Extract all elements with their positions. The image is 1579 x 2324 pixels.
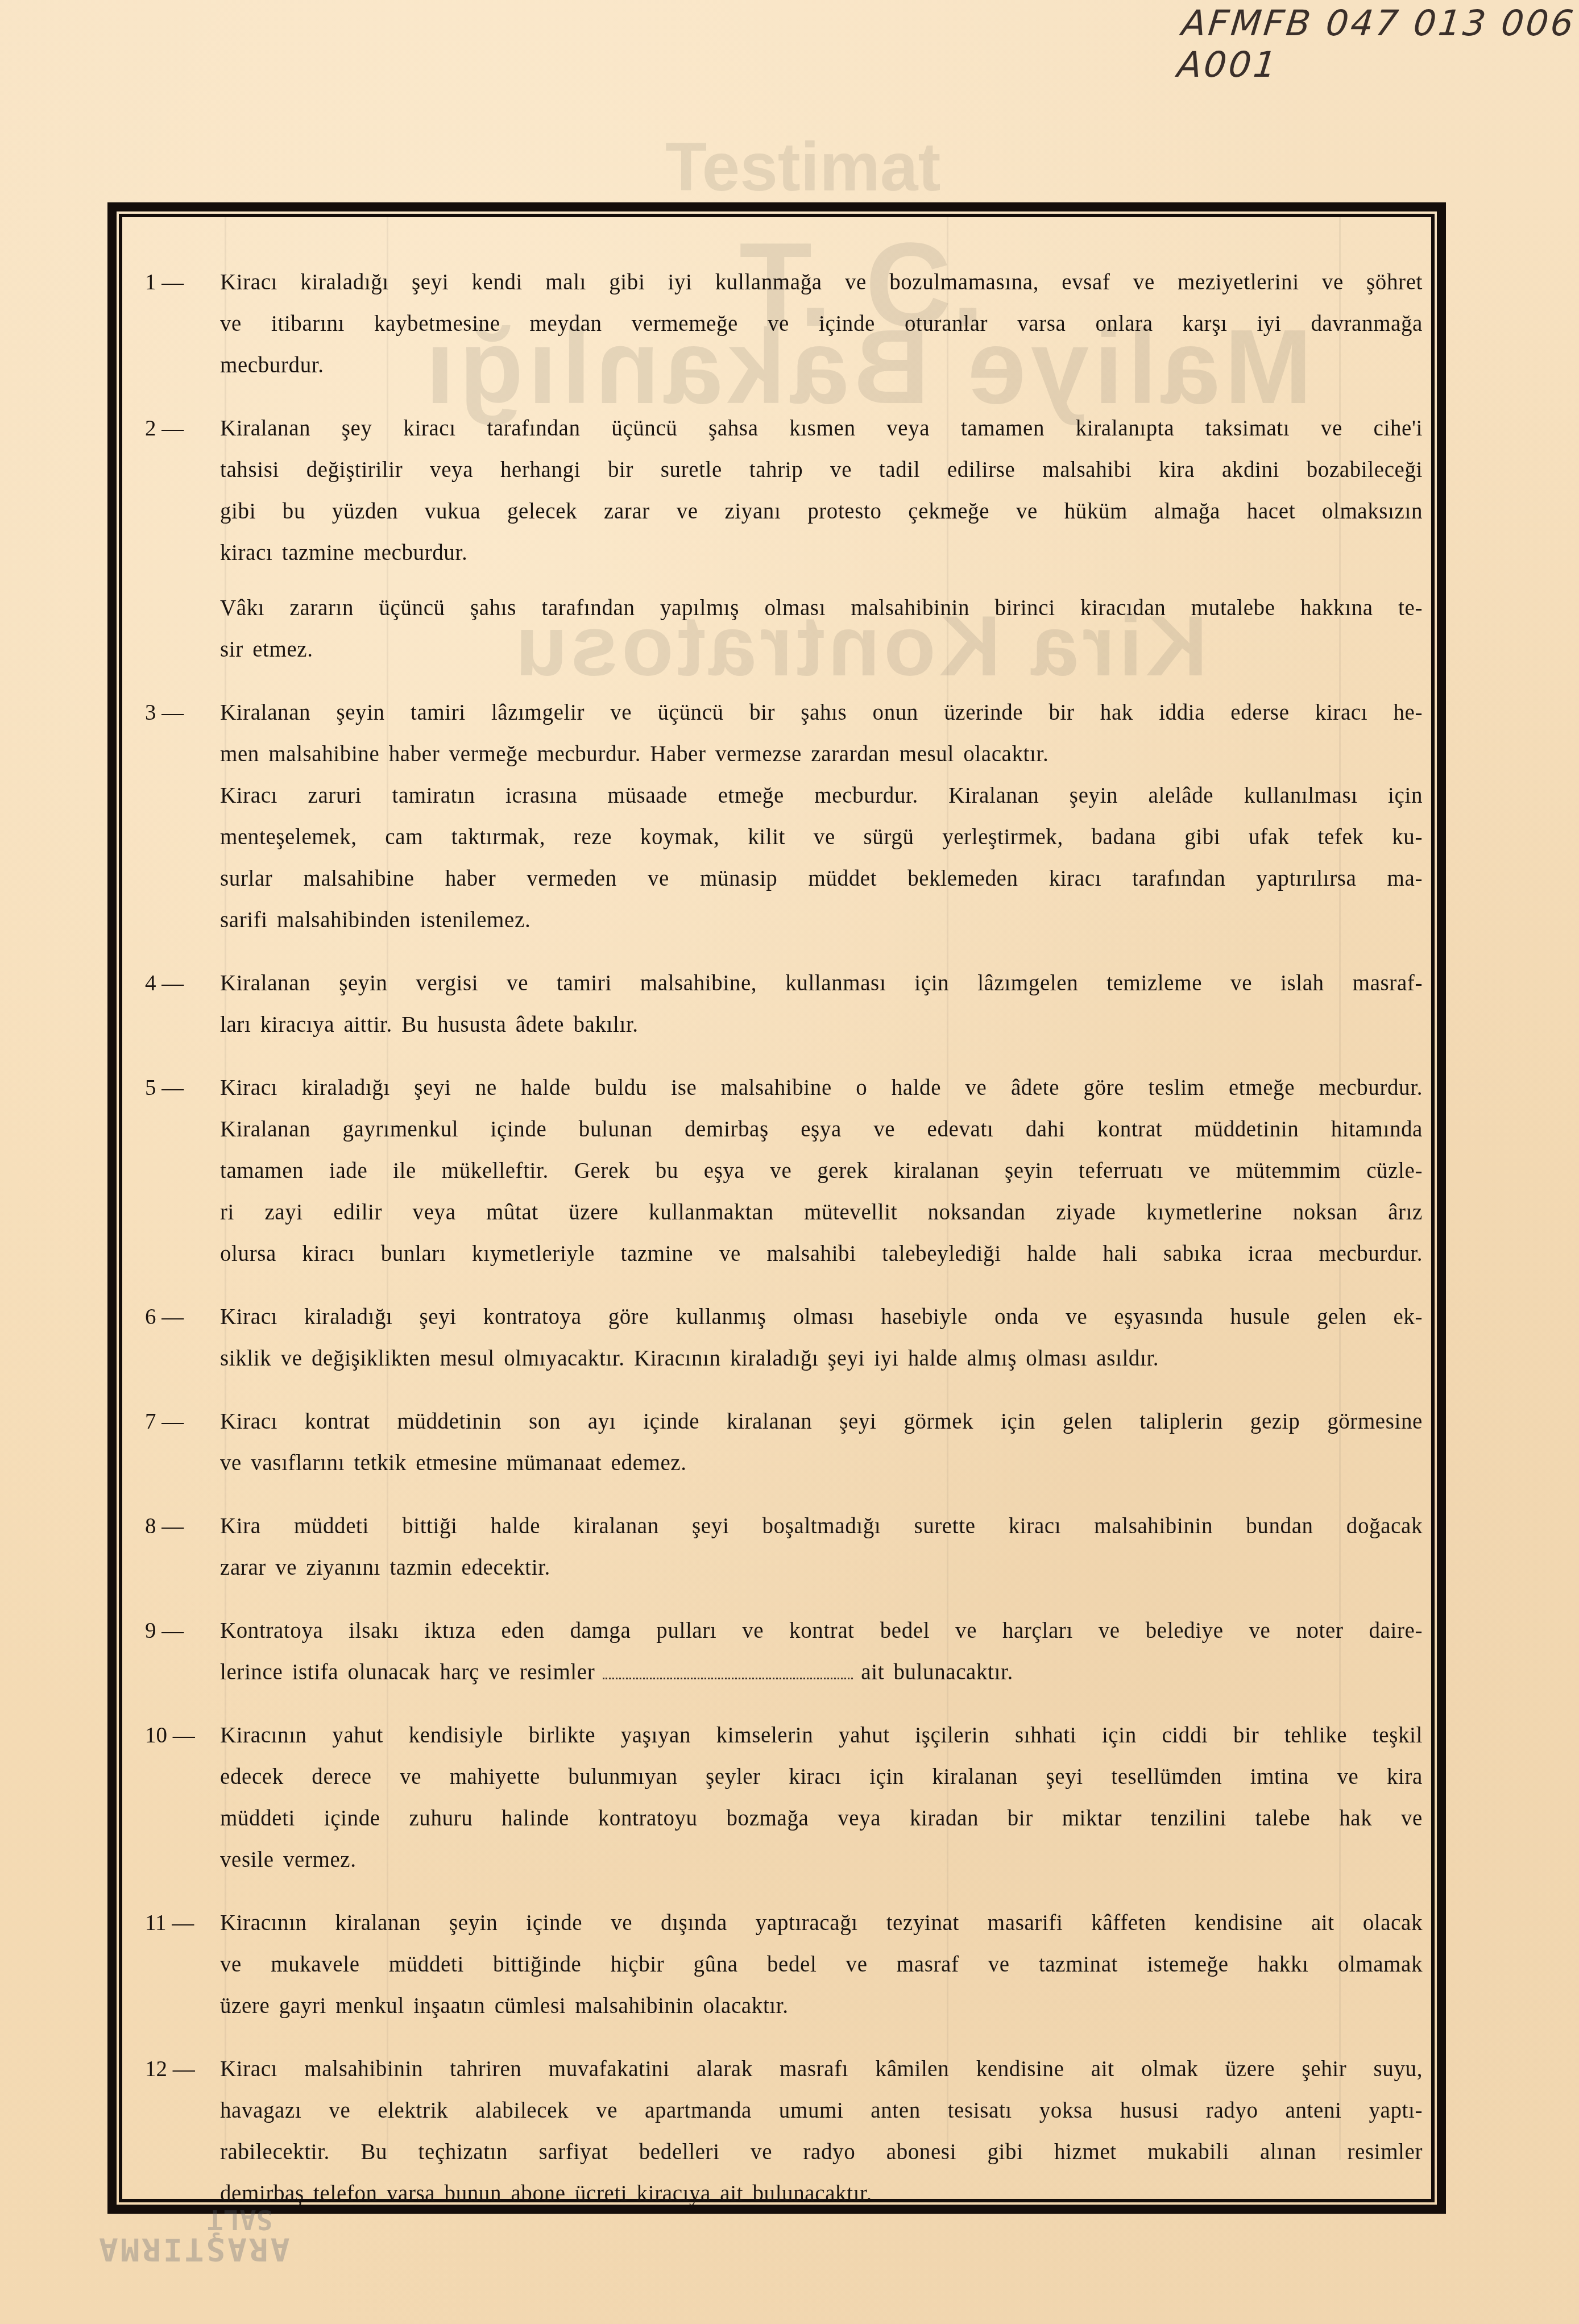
clause-number: 4 —: [145, 962, 219, 1004]
stamp-line-1: SALT: [97, 2206, 272, 2233]
clause-line: olursa kiracı bunları kıymetleriyle tazm…: [220, 1233, 1423, 1275]
clause-line: Kiralanan şey kiracı tarafından üçüncü ş…: [220, 408, 1423, 449]
clause-4: 4 — Kiralanan şeyin vergisi ve tamiri ma…: [145, 962, 1430, 1045]
clause-11: 11 — Kiracının kiralanan şeyin içinde ve…: [145, 1902, 1430, 2027]
clause-number: 8 —: [145, 1505, 219, 1547]
clause-line: ve vasıflarını tetkik etmesine mümanaat …: [220, 1442, 1423, 1484]
clause-number: 1 —: [145, 262, 219, 303]
clause-line: Kiralanan gayrımenkul içinde bulunan dem…: [220, 1109, 1423, 1150]
clause-line: vesile vermez.: [220, 1839, 1423, 1881]
clause-line: Kiracı kiraladığı şeyi kontratoya göre k…: [220, 1296, 1423, 1338]
fill-in-blank[interactable]: [603, 1678, 853, 1679]
clause-line: surlar malsahibine haber vermeden ve mün…: [220, 858, 1423, 899]
clause-line: sarifi malsahibinden istenilemez.: [220, 899, 1423, 941]
clause-number: 5 —: [145, 1067, 219, 1109]
clause-number: 10 —: [145, 1715, 219, 1756]
clause-line: gibi bu yüzden vukua gelecek zarar ve zi…: [220, 491, 1423, 532]
clause-line: üzere gayri menkul inşaatın cümlesi mals…: [220, 1985, 1423, 2027]
clause-line: Kiralanan şeyin tamiri lâzımgelir ve üçü…: [220, 692, 1423, 733]
clause-line: sir etmez.: [220, 629, 1423, 670]
clause-line: ri zayi edilir veya mûtat üzere kullanma…: [220, 1192, 1423, 1233]
clause-line: Kiracı kontrat müddetinin son ayı içinde…: [220, 1401, 1423, 1442]
clause-line: Kiracı zaruri tamiratın icrasına müsaade…: [220, 775, 1423, 816]
clause-line: Kiracı malsahibinin tahriren muvafakatin…: [220, 2048, 1423, 2090]
clause-line: Kiracının kiralanan şeyin içinde ve dışı…: [220, 1902, 1423, 1944]
clause-line: Kiracı kiraladığı şeyi ne halde buldu is…: [220, 1067, 1423, 1109]
blank-line-prefix: lerince istifa olunacak harç ve resimler: [220, 1660, 595, 1684]
archive-stamp: ARAŞTIRMA SALT: [97, 2206, 289, 2273]
clause-line: tahsisi değiştirilir veya herhangi bir s…: [220, 449, 1423, 491]
clause-line: Kiralanan şeyin vergisi ve tamiri malsah…: [220, 962, 1423, 1004]
clause-line: mecburdur.: [220, 345, 1423, 386]
clause-5: 5 — Kiracı kiraladığı şeyi ne halde buld…: [145, 1067, 1430, 1275]
clause-1: 1 — Kiracı kiraladığı şeyi kendi malı gi…: [145, 262, 1430, 386]
clause-9: 9 — Kontratoya ilsakı iktıza eden damga …: [145, 1610, 1430, 1693]
clause-line: rabilecektir. Bu teçhizatın sarfiyat bed…: [220, 2131, 1423, 2173]
clause-line: ve itibarını kaybetmesine meydan vermeme…: [220, 303, 1423, 345]
clause-3: 3 — Kiralanan şeyin tamiri lâzımgelir ve…: [145, 692, 1430, 941]
clause-number: 2 —: [145, 408, 219, 449]
clause-10: 10 — Kiracının yahut kendisiyle birlikte…: [145, 1715, 1430, 1881]
clause-line: Kontratoya ilsakı iktıza eden damga pull…: [220, 1610, 1423, 1651]
clause-number: 6 —: [145, 1296, 219, 1338]
clause-line: edecek derece ve mahiyette bulunmıyan şe…: [220, 1756, 1423, 1798]
clause-line: kiracı tazmine mecburdur.: [220, 532, 1423, 574]
clause-number: 12 —: [145, 2048, 219, 2090]
clause-number: 9 —: [145, 1610, 219, 1651]
clause-number: 11 —: [145, 1902, 219, 1944]
clause-line: Vâkı zararın üçüncü şahıs tarafından yap…: [220, 587, 1423, 629]
clause-line: men malsahibine haber vermeğe mecburdur.…: [220, 733, 1423, 775]
clause-line: ve mukavele müddeti bittiğinde hiçbir gû…: [220, 1944, 1423, 1985]
clause-12: 12 — Kiracı malsahibinin tahriren muvafa…: [145, 2048, 1430, 2214]
clause-line: menteşelemek, cam taktırmak, reze koymak…: [220, 816, 1423, 858]
clause-line: müddeti içinde zuhuru halinde kontratoyu…: [220, 1798, 1423, 1839]
clause-8: 8 — Kira müddeti bittiği halde kiralanan…: [145, 1505, 1430, 1588]
clause-line: Kira müddeti bittiği halde kiralanan şey…: [220, 1505, 1423, 1547]
clause-7: 7 — Kiracı kontrat müddetinin son ayı iç…: [145, 1401, 1430, 1484]
contract-clauses: 1 — Kiracı kiraladığı şeyi kendi malı gi…: [145, 262, 1430, 2236]
clause-line: tamamen iade ile mükelleftir. Gerek bu e…: [220, 1150, 1423, 1192]
blank-line-suffix: ait bulunacaktır.: [861, 1660, 1013, 1684]
clause-line: ları kiracıya aittir. Bu hususta âdete b…: [220, 1004, 1423, 1045]
clause-line: Kiracının yahut kendisiyle birlikte yaşı…: [220, 1715, 1423, 1756]
clause-line: demirbaş telefon varsa bunun abone ücret…: [220, 2173, 1423, 2214]
clause-line: Kiracı kiraladığı şeyi kendi malı gibi i…: [220, 262, 1423, 303]
bleed-through-testimat: Testimat: [665, 128, 941, 206]
clause-number: 7 —: [145, 1401, 219, 1442]
stamp-line-2: ARAŞTIRMA: [97, 2233, 289, 2265]
clause-line: zarar ve ziyanını tazmin edecektir.: [220, 1547, 1423, 1588]
clause-line-with-blank: lerince istifa olunacak harç ve resimler…: [220, 1651, 1423, 1693]
clause-line: havagazı ve elektrik alabilecek ve apart…: [220, 2090, 1423, 2131]
clause-subparagraph: Vâkı zararın üçüncü şahıs tarafından yap…: [220, 587, 1423, 670]
clause-line: siklik ve değişiklikten mesul olmıyacakt…: [220, 1338, 1423, 1379]
clause-2: 2 — Kiralanan şey kiracı tarafından üçün…: [145, 408, 1430, 670]
clause-6: 6 — Kiracı kiraladığı şeyi kontratoya gö…: [145, 1296, 1430, 1379]
archive-code: AFMFB 047 013 006 A001: [1175, 2, 1579, 85]
clause-number: 3 —: [145, 692, 219, 733]
